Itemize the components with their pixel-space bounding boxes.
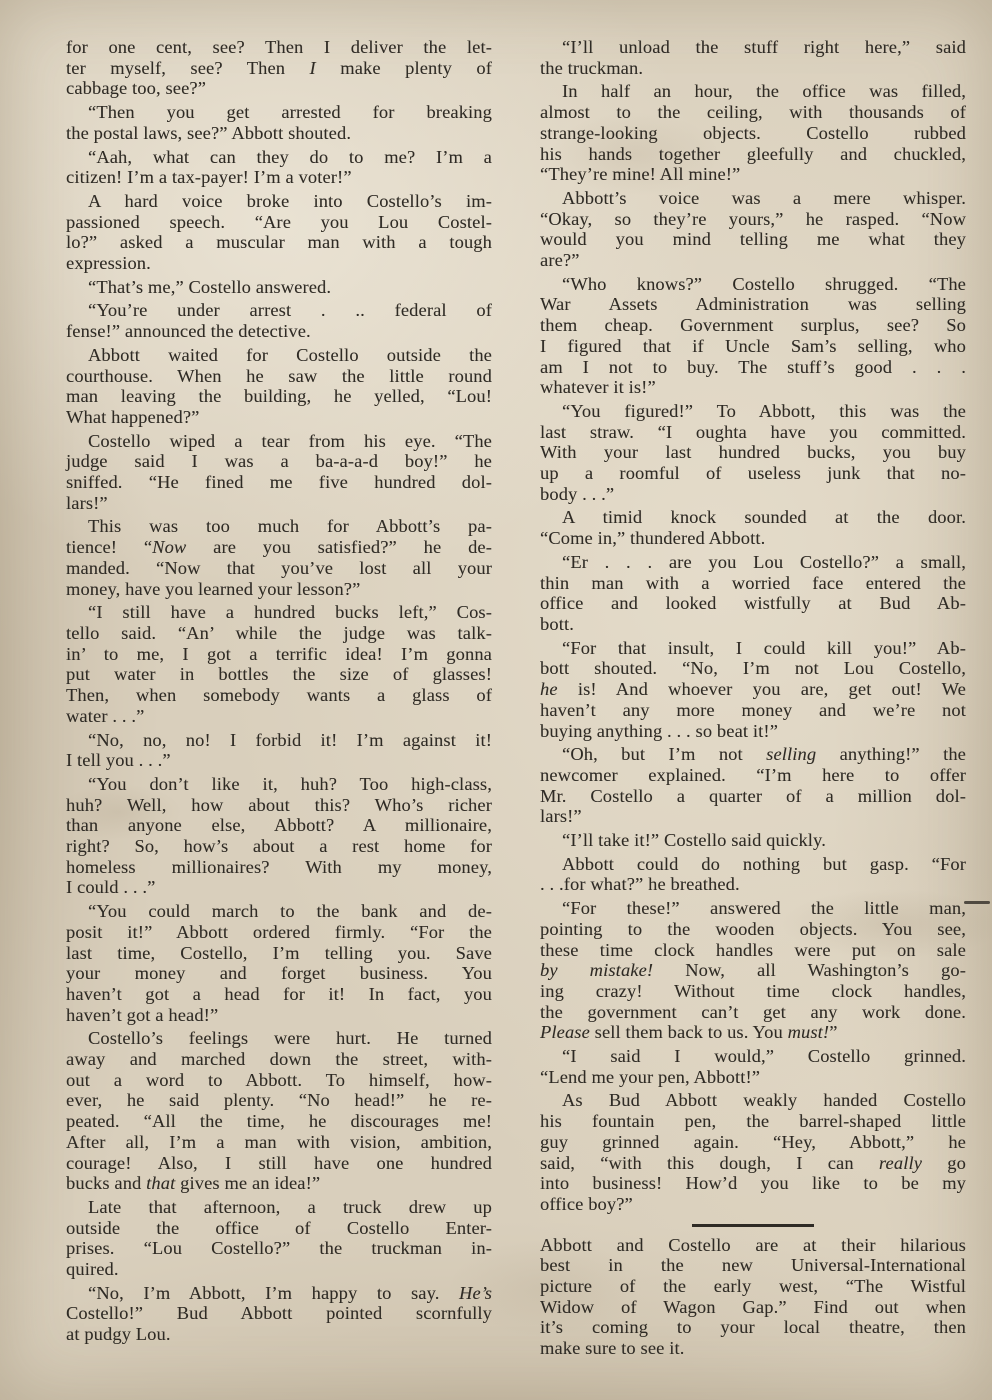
text-line: your money and forget business. You [66,963,492,984]
text-line: out a word to Abbott. To himself, how- [66,1070,492,1091]
text-line: strange-looking objects. Costello rubbed [540,123,966,144]
story-paragraph: “You don’t like it, huh? Too high-class,… [66,774,492,898]
text-line: manded. “Now that you’ve lost all your [66,558,492,579]
text-line: “Okay, so they’re yours,” he rasped. “No… [540,209,966,230]
text-line: Abbott waited for Costello outside the [66,345,492,366]
story-paragraph: “I’ll take it!” Costello said quickly. [540,830,966,851]
text-line: newcomer explained. “I’m here to offer [540,765,966,786]
story-paragraph: “You’re under arrest . .. federal offens… [66,300,492,341]
text-line: best in the new Universal-International [540,1255,966,1276]
magazine-page: for one cent, see? Then I deliver the le… [0,0,992,1400]
text-line: the government can’t get any work done. [540,1002,966,1023]
text-line: ever, he said plenty. “No head!” he re- [66,1090,492,1111]
text-line: it’s coming to your local theatre, then [540,1317,966,1338]
text-line: War Assets Administration was selling [540,294,966,315]
text-line: “I’ll unload the stuff right here,” said [540,37,966,58]
story-paragraph: In half an hour, the office was filled,a… [540,81,966,185]
text-line: office and looked wistfully at Bud Ab- [540,593,966,614]
text-line: “Lend me your pen, Abbott!” [540,1067,966,1088]
text-line: expression. [66,253,492,274]
text-line: up a roomful of useless junk that no- [540,463,966,484]
story-paragraph: “For that insult, I could kill you!” Ab-… [540,638,966,742]
text-line: “For these!” answered the little man, [540,898,966,919]
text-line: . . .for what?” he breathed. [540,874,966,895]
text-line: With your last hundred bucks, you buy [540,442,966,463]
story-paragraph: A timid knock sounded at the door.“Come … [540,507,966,548]
text-line: man leaving the building, he yelled, “Lo… [66,386,492,407]
text-line: would you mind telling me what they [540,229,966,250]
text-line: his hands together gleefully and chuckle… [540,144,966,165]
text-line: lo?” asked a muscular man with a tough [66,232,492,253]
story-paragraph: Late that afternoon, a truck drew upouts… [66,1197,492,1280]
text-line: “Come in,” thundered Abbott. [540,528,966,549]
story-paragraph: This was too much for Abbott’s pa-tience… [66,516,492,599]
text-line: peated. “All the time, he discourages me… [66,1111,492,1132]
text-line: pointing to the wooden objects. You see, [540,919,966,940]
text-line: “I said I would,” Costello grinned. [540,1046,966,1067]
text-line: prises. “Lou Costello?” the truckman in- [66,1238,492,1259]
text-line: “That’s me,” Costello answered. [66,277,492,298]
text-line: the truckman. [540,58,966,79]
text-line: water . . .” [66,706,492,727]
story-paragraph: “I said I would,” Costello grinned.“Lend… [540,1046,966,1087]
story-paragraph: “I still have a hundred bucks left,” Cos… [66,602,492,726]
text-line: Mr. Costello a quarter of a million dol- [540,786,966,807]
text-line: After all, I’m a man with vision, ambiti… [66,1132,492,1153]
text-line: Costello wiped a tear from his eye. “The [66,431,492,452]
text-line: guy grinned again. “Hey, Abbott,” he [540,1132,966,1153]
text-line: the postal laws, see?” Abbott shouted. [66,123,492,144]
text-line: he is! And whoever you are, get out! We [540,679,966,700]
text-line: office boy?” [540,1194,966,1215]
text-line: away and marched down the street, with- [66,1049,492,1070]
text-line: “You’re under arrest . .. federal of [66,300,492,321]
story-paragraph: “Aah, what can they do to me? I’m acitiz… [66,147,492,188]
text-line: “Er . . . are you Lou Costello?” a small… [540,552,966,573]
text-line: citizen! I’m a tax-payer! I’m a voter!” [66,167,492,188]
text-line: “For that insult, I could kill you!” Ab- [540,638,966,659]
text-line: last straw. “I oughta have you committed… [540,422,966,443]
text-line: whatever it is!” [540,377,966,398]
text-line: body . . .” [540,484,966,505]
text-line: than anyone else, Abbott? A millionaire, [66,815,492,836]
story-paragraph: Abbott’s voice was a mere whisper.“Okay,… [540,188,966,271]
text-line: I could . . .” [66,877,492,898]
text-line: Costello!” Bud Abbott pointed scornfully [66,1303,492,1324]
story-paragraph: “No, no, no! I forbid it! I’m against it… [66,730,492,771]
text-line: As Bud Abbott weakly handed Costello [540,1090,966,1111]
story-paragraph: Costello’s feelings were hurt. He turned… [66,1028,492,1194]
story-paragraph: “Then you get arrested for breakingthe p… [66,102,492,143]
text-line: A timid knock sounded at the door. [540,507,966,528]
text-line: in’ to me, I got a terrific idea! I’m go… [66,644,492,665]
story-paragraph: “You could march to the bank and de-posi… [66,901,492,1025]
text-line: “You figured!” To Abbott, this was the [540,401,966,422]
text-line: “No, no, no! I forbid it! I’m against it… [66,730,492,751]
text-line: into business! How’d you like to be my [540,1173,966,1194]
text-line: last time, Costello, I’m telling you. Sa… [66,943,492,964]
text-line: haven’t any more money and we’re not [540,700,966,721]
text-line: What happened?” [66,407,492,428]
text-line: huh? Well, how about this? Who’s richer [66,795,492,816]
text-line: picture of the early west, “The Wistful [540,1276,966,1297]
text-line: buying anything . . . so beat it!” [540,721,966,742]
text-line: “Oh, but I’m not selling anything!” the [540,744,966,765]
text-line: bott shouted. “No, I’m not Lou Costello, [540,658,966,679]
text-line: “I’ll take it!” Costello said quickly. [540,830,966,851]
text-line: right? So, how’s about a rest home for [66,836,492,857]
text-line: money, have you learned your lesson?” [66,579,492,600]
section-divider-rule [692,1224,814,1227]
text-line: “Who knows?” Costello shrugged. “The [540,274,966,295]
text-line: quired. [66,1259,492,1280]
text-line: at pudgy Lou. [66,1324,492,1345]
text-line: for one cent, see? Then I deliver the le… [66,37,492,58]
story-paragraph: “Who knows?” Costello shrugged. “TheWar … [540,274,966,398]
text-line: fense!” announced the detective. [66,321,492,342]
story-paragraph: for one cent, see? Then I deliver the le… [66,37,492,99]
text-line: ing crazy! Without time clock handles, [540,981,966,1002]
text-line: ter myself, see? Then I make plenty of [66,58,492,79]
text-line: Abbott could do nothing but gasp. “For [540,854,966,875]
text-line: am I not to buy. The stuff’s good . . . [540,357,966,378]
text-line: lars!” [66,493,492,514]
text-line: bucks and that gives me an idea!” [66,1173,492,1194]
story-paragraph: “That’s me,” Costello answered. [66,277,492,298]
text-line: Costello’s feelings were hurt. He turned [66,1028,492,1049]
text-line: Abbott’s voice was a mere whisper. [540,188,966,209]
text-line: his fountain pen, the barrel-shaped litt… [540,1111,966,1132]
text-line: Abbott and Costello are at their hilario… [540,1235,966,1256]
story-paragraph: “You figured!” To Abbott, this was thela… [540,401,966,505]
text-line: “Aah, what can they do to me? I’m a [66,147,492,168]
story-paragraph: “For these!” answered the little man,poi… [540,898,966,1043]
text-line: “Then you get arrested for breaking [66,102,492,123]
text-line: are?” [540,250,966,271]
story-paragraph: Abbott waited for Costello outside theco… [66,345,492,428]
text-line: almost to the ceiling, with thousands of [540,102,966,123]
text-line: “No, I’m Abbott, I’m happy to say. He’s [66,1283,492,1304]
text-line: by mistake! Now, all Washington’s go- [540,960,966,981]
text-line: lars!” [540,806,966,827]
text-line: courage! Also, I still have one hundred [66,1153,492,1174]
text-line: “You don’t like it, huh? Too high-class, [66,774,492,795]
story-paragraph: “No, I’m Abbott, I’m happy to say. He’sC… [66,1283,492,1345]
story-column-right: “I’ll unload the stuff right here,” said… [540,37,966,1359]
text-line: tello said. “An’ while the judge was tal… [66,623,492,644]
text-line: I tell you . . .” [66,750,492,771]
text-line: homeless millionaires? With my money, [66,857,492,878]
story-paragraph: Abbott and Costello are at their hilario… [540,1235,966,1359]
text-line: Late that afternoon, a truck drew up [66,1197,492,1218]
text-line: make sure to see it. [540,1338,966,1359]
text-line: said, “with this dough, I can really go [540,1153,966,1174]
text-line: posit it!” Abbott ordered firmly. “For t… [66,922,492,943]
text-line: tience! “Now are you satisfied?” he de- [66,537,492,558]
text-line: “You could march to the bank and de- [66,901,492,922]
print-artifact-dash [964,901,990,904]
story-paragraph: “Er . . . are you Lou Costello?” a small… [540,552,966,635]
text-line: haven’t got a head for it! In fact, you [66,984,492,1005]
story-paragraph: As Bud Abbott weakly handed Costellohis … [540,1090,966,1214]
story-paragraph: Costello wiped a tear from his eye. “The… [66,431,492,514]
text-line: these time clock handles were put on sal… [540,940,966,961]
story-column-left: for one cent, see? Then I deliver the le… [66,37,492,1345]
text-line: “I still have a hundred bucks left,” Cos… [66,602,492,623]
text-line: thin man with a worried face entered the [540,573,966,594]
text-line: Widow of Wagon Gap.” Find out when [540,1297,966,1318]
text-line: outside the office of Costello Enter- [66,1218,492,1239]
text-line: bott. [540,614,966,635]
text-line: passioned speech. “Are you Lou Costel- [66,212,492,233]
text-line: haven’t got a head!” [66,1005,492,1026]
story-paragraph: “I’ll unload the stuff right here,” said… [540,37,966,78]
story-paragraph: “Oh, but I’m not selling anything!” then… [540,744,966,827]
text-line: courthouse. When he saw the little round [66,366,492,387]
text-line: A hard voice broke into Costello’s im- [66,191,492,212]
text-line: sniffed. “He fined me five hundred dol- [66,472,492,493]
text-line: This was too much for Abbott’s pa- [66,516,492,537]
text-line: In half an hour, the office was filled, [540,81,966,102]
story-paragraph: Abbott could do nothing but gasp. “For. … [540,854,966,895]
text-line: “They’re mine! All mine!” [540,164,966,185]
text-line: them cheap. Government surplus, see? So [540,315,966,336]
text-line: Please sell them back to us. You must!” [540,1022,966,1043]
text-line: I figured that if Uncle Sam’s selling, w… [540,336,966,357]
text-line: judge said I was a ba-a-a-d boy!” he [66,451,492,472]
text-line: put water in bottles the size of glasses… [66,664,492,685]
story-paragraph: A hard voice broke into Costello’s im-pa… [66,191,492,274]
text-line: Then, when somebody wants a glass of [66,685,492,706]
text-line: cabbage too, see?” [66,78,492,99]
